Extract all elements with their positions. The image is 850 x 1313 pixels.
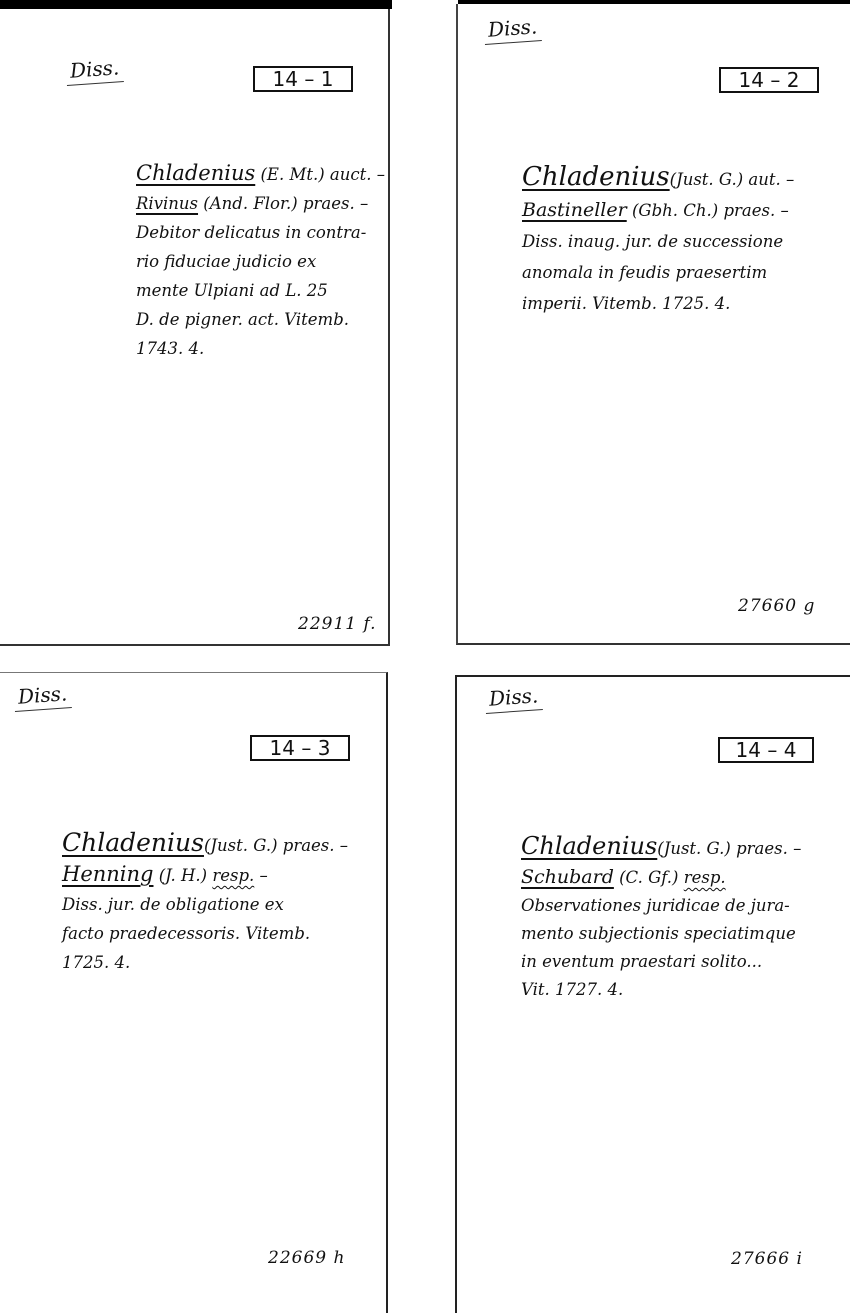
second-name: Schubard xyxy=(521,866,614,888)
main-author-details: (Just. G.) praes. – xyxy=(204,836,348,855)
shelfmark-box: 14 – 1 xyxy=(253,66,353,92)
accession-number: 27666 i xyxy=(731,1249,803,1269)
title-line: anomala in feudis praesertim xyxy=(522,257,794,288)
accession-number: 22911 f. xyxy=(298,614,377,634)
title-line: Observationes juridicae de jura- xyxy=(521,892,801,920)
main-author: Chladenius xyxy=(521,832,657,860)
category-label: Diss. xyxy=(13,681,72,712)
category-label: Diss. xyxy=(483,14,542,45)
title-line: Diss. jur. de obligatione ex xyxy=(62,890,348,919)
role-dash: – xyxy=(254,866,268,885)
main-author: Chladenius xyxy=(136,161,255,185)
imprint-line: 1725. 4. xyxy=(62,948,348,977)
accession-number: 27660 g xyxy=(738,596,815,616)
second-name-details: (J. H.) xyxy=(159,866,207,885)
title-line: Diss. inaug. jur. de successione xyxy=(522,226,794,257)
accession-number: 22669 h xyxy=(268,1248,345,1268)
author-line: Chladenius(Just. G.) aut. – xyxy=(522,162,794,195)
title-line: Debitor delicatus in contra- xyxy=(136,218,385,247)
scan-edge-top-left xyxy=(0,0,392,9)
second-name-details: (And. Flor.) praes. – xyxy=(203,194,368,213)
title-line: in eventum praestari solito... xyxy=(521,948,801,976)
main-author-details: (E. Mt.) auct. – xyxy=(261,165,386,184)
category-label: Diss. xyxy=(65,55,124,86)
title-line: mente Ulpiani ad L. 25 xyxy=(136,276,385,305)
author-line: Chladenius(Just. G.) praes. – xyxy=(62,828,348,860)
catalog-card-14-1: Diss. 14 – 1 Chladenius (E. Mt.) auct. –… xyxy=(0,9,390,646)
bibliographic-entry: Chladenius(Just. G.) praes. – Schubard (… xyxy=(521,832,801,1004)
respondent-role: resp. xyxy=(212,866,254,885)
second-name: Henning xyxy=(62,862,153,886)
bibliographic-entry: Chladenius(Just. G.) praes. – Henning (J… xyxy=(62,828,348,977)
catalog-card-14-2: Diss. 14 – 2 Chladenius(Just. G.) aut. –… xyxy=(456,4,850,645)
respondent-role: resp. xyxy=(684,868,726,887)
main-author: Chladenius xyxy=(522,162,670,192)
respondent-line: Henning (J. H.) resp. – xyxy=(62,860,348,890)
title-line: mento subjectionis speciatimque xyxy=(521,920,801,948)
author-line: Chladenius(Just. G.) praes. – xyxy=(521,832,801,863)
second-name: Bastineller xyxy=(522,199,627,221)
main-author-details: (Just. G.) praes. – xyxy=(657,839,801,858)
catalog-card-14-4: Diss. 14 – 4 Chladenius(Just. G.) praes.… xyxy=(455,675,850,1313)
imprint-line: 1743. 4. xyxy=(136,334,385,363)
main-author: Chladenius xyxy=(62,828,204,857)
second-name-details: (Gbh. Ch.) praes. – xyxy=(632,201,789,220)
main-author-details: (Just. G.) aut. – xyxy=(670,170,795,189)
shelfmark-box: 14 – 4 xyxy=(718,737,814,763)
catalog-card-14-3: Diss. 14 – 3 Chladenius(Just. G.) praes.… xyxy=(0,672,388,1313)
title-line: facto praedecessoris. Vitemb. xyxy=(62,919,348,948)
imprint-line: imperii. Vitemb. 1725. 4. xyxy=(522,288,794,319)
shelfmark-box: 14 – 3 xyxy=(250,735,350,761)
author-line: Chladenius (E. Mt.) auct. – xyxy=(136,159,385,189)
imprint-line: D. de pigner. act. Vitemb. xyxy=(136,305,385,334)
bibliographic-entry: Chladenius (E. Mt.) auct. – Rivinus (And… xyxy=(136,159,385,363)
praeses-line: Bastineller (Gbh. Ch.) praes. – xyxy=(522,195,794,226)
imprint-line: Vit. 1727. 4. xyxy=(521,976,801,1004)
praeses-line: Rivinus (And. Flor.) praes. – xyxy=(136,189,385,218)
bibliographic-entry: Chladenius(Just. G.) aut. – Bastineller … xyxy=(522,162,794,319)
title-line: rio fiduciae judicio ex xyxy=(136,247,385,276)
shelfmark-box: 14 – 2 xyxy=(719,67,819,93)
second-name: Rivinus xyxy=(136,194,198,213)
second-name-details: (C. Gf.) xyxy=(619,868,678,887)
category-label: Diss. xyxy=(484,683,543,714)
respondent-line: Schubard (C. Gf.) resp. xyxy=(521,863,801,892)
